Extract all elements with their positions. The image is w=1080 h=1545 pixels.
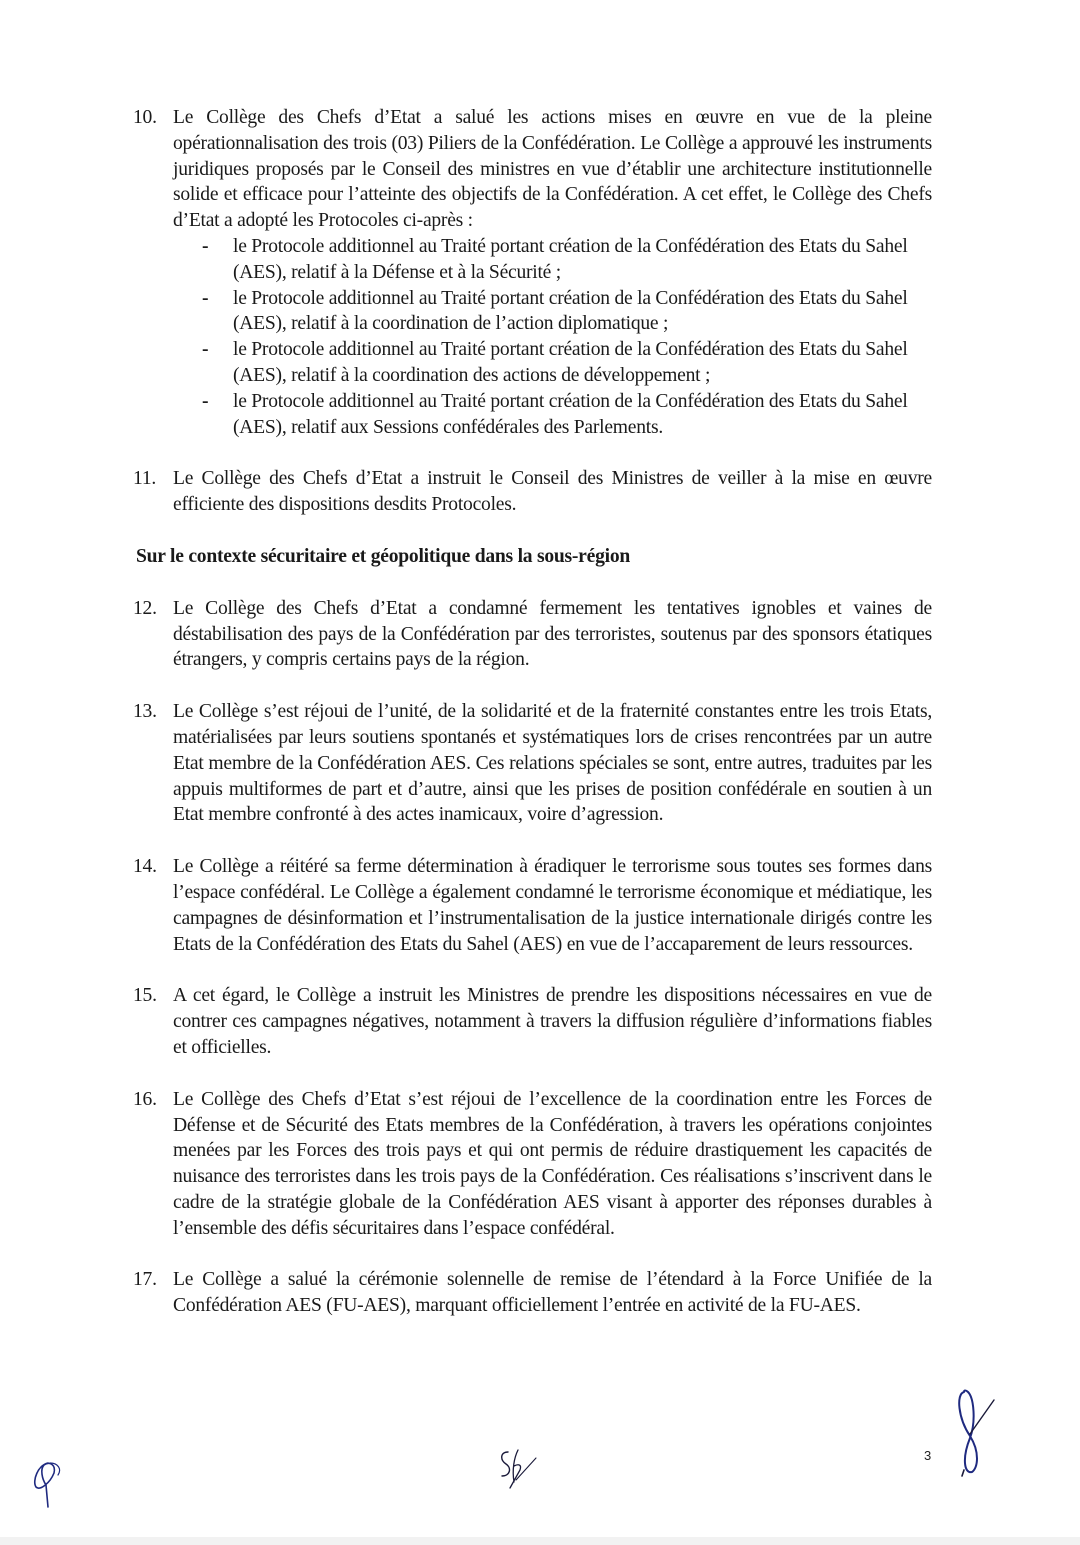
protocol-item: le Protocole additionnel au Traité porta… bbox=[233, 337, 932, 389]
paragraph-number: 11. bbox=[133, 466, 156, 492]
paragraph-16: 16. Le Collège des Chefs d’Etat s’est ré… bbox=[133, 1087, 932, 1242]
paragraph-text: Le Collège des Chefs d’Etat a salué les … bbox=[173, 105, 932, 234]
paragraph-text: A cet égard, le Collège a instruit les M… bbox=[173, 983, 932, 1060]
signature-right-icon bbox=[950, 1388, 1000, 1480]
paragraph-number: 14. bbox=[133, 854, 157, 880]
page-number: 3 bbox=[924, 1448, 931, 1463]
document-body: 10. Le Collège des Chefs d’Etat a salué … bbox=[133, 105, 932, 1319]
paragraph-13: 13. Le Collège s’est réjoui de l’unité, … bbox=[133, 699, 932, 828]
paragraph-14: 14. Le Collège a réitéré sa ferme déterm… bbox=[133, 854, 932, 957]
signature-left-icon bbox=[28, 1455, 68, 1515]
protocol-item: le Protocole additionnel au Traité porta… bbox=[233, 234, 932, 286]
paragraph-text: Le Collège s’est réjoui de l’unité, de l… bbox=[173, 699, 932, 828]
paragraph-number: 12. bbox=[133, 596, 157, 622]
paragraph-11: 11. Le Collège des Chefs d’Etat a instru… bbox=[133, 466, 932, 518]
signature-center-icon bbox=[496, 1448, 542, 1492]
paragraph-12: 12. Le Collège des Chefs d’Etat a condam… bbox=[133, 596, 932, 673]
paragraph-10: 10. Le Collège des Chefs d’Etat a salué … bbox=[133, 105, 932, 440]
document-page: 10. Le Collège des Chefs d’Etat a salué … bbox=[0, 0, 1080, 1537]
paragraph-15: 15. A cet égard, le Collège a instruit l… bbox=[133, 983, 932, 1060]
section-heading: Sur le contexte sécuritaire et géopoliti… bbox=[133, 544, 932, 570]
paragraph-text: Le Collège des Chefs d’Etat a instruit l… bbox=[173, 466, 932, 518]
paragraph-text: Le Collège a réitéré sa ferme déterminat… bbox=[173, 854, 932, 957]
protocol-list: le Protocole additionnel au Traité porta… bbox=[173, 234, 932, 440]
paragraph-17: 17. Le Collège a salué la cérémonie sole… bbox=[133, 1267, 932, 1319]
paragraph-number: 15. bbox=[133, 983, 157, 1009]
protocol-item: le Protocole additionnel au Traité porta… bbox=[233, 389, 932, 441]
paragraph-text: Le Collège des Chefs d’Etat a condamné f… bbox=[173, 596, 932, 673]
paragraph-number: 17. bbox=[133, 1267, 157, 1293]
paragraph-text: Le Collège a salué la cérémonie solennel… bbox=[173, 1267, 932, 1319]
paragraph-number: 13. bbox=[133, 699, 157, 725]
paragraph-number: 16. bbox=[133, 1087, 157, 1113]
paragraph-text: Le Collège des Chefs d’Etat s’est réjoui… bbox=[173, 1087, 932, 1242]
paragraph-number: 10. bbox=[133, 105, 157, 131]
protocol-item: le Protocole additionnel au Traité porta… bbox=[233, 286, 932, 338]
